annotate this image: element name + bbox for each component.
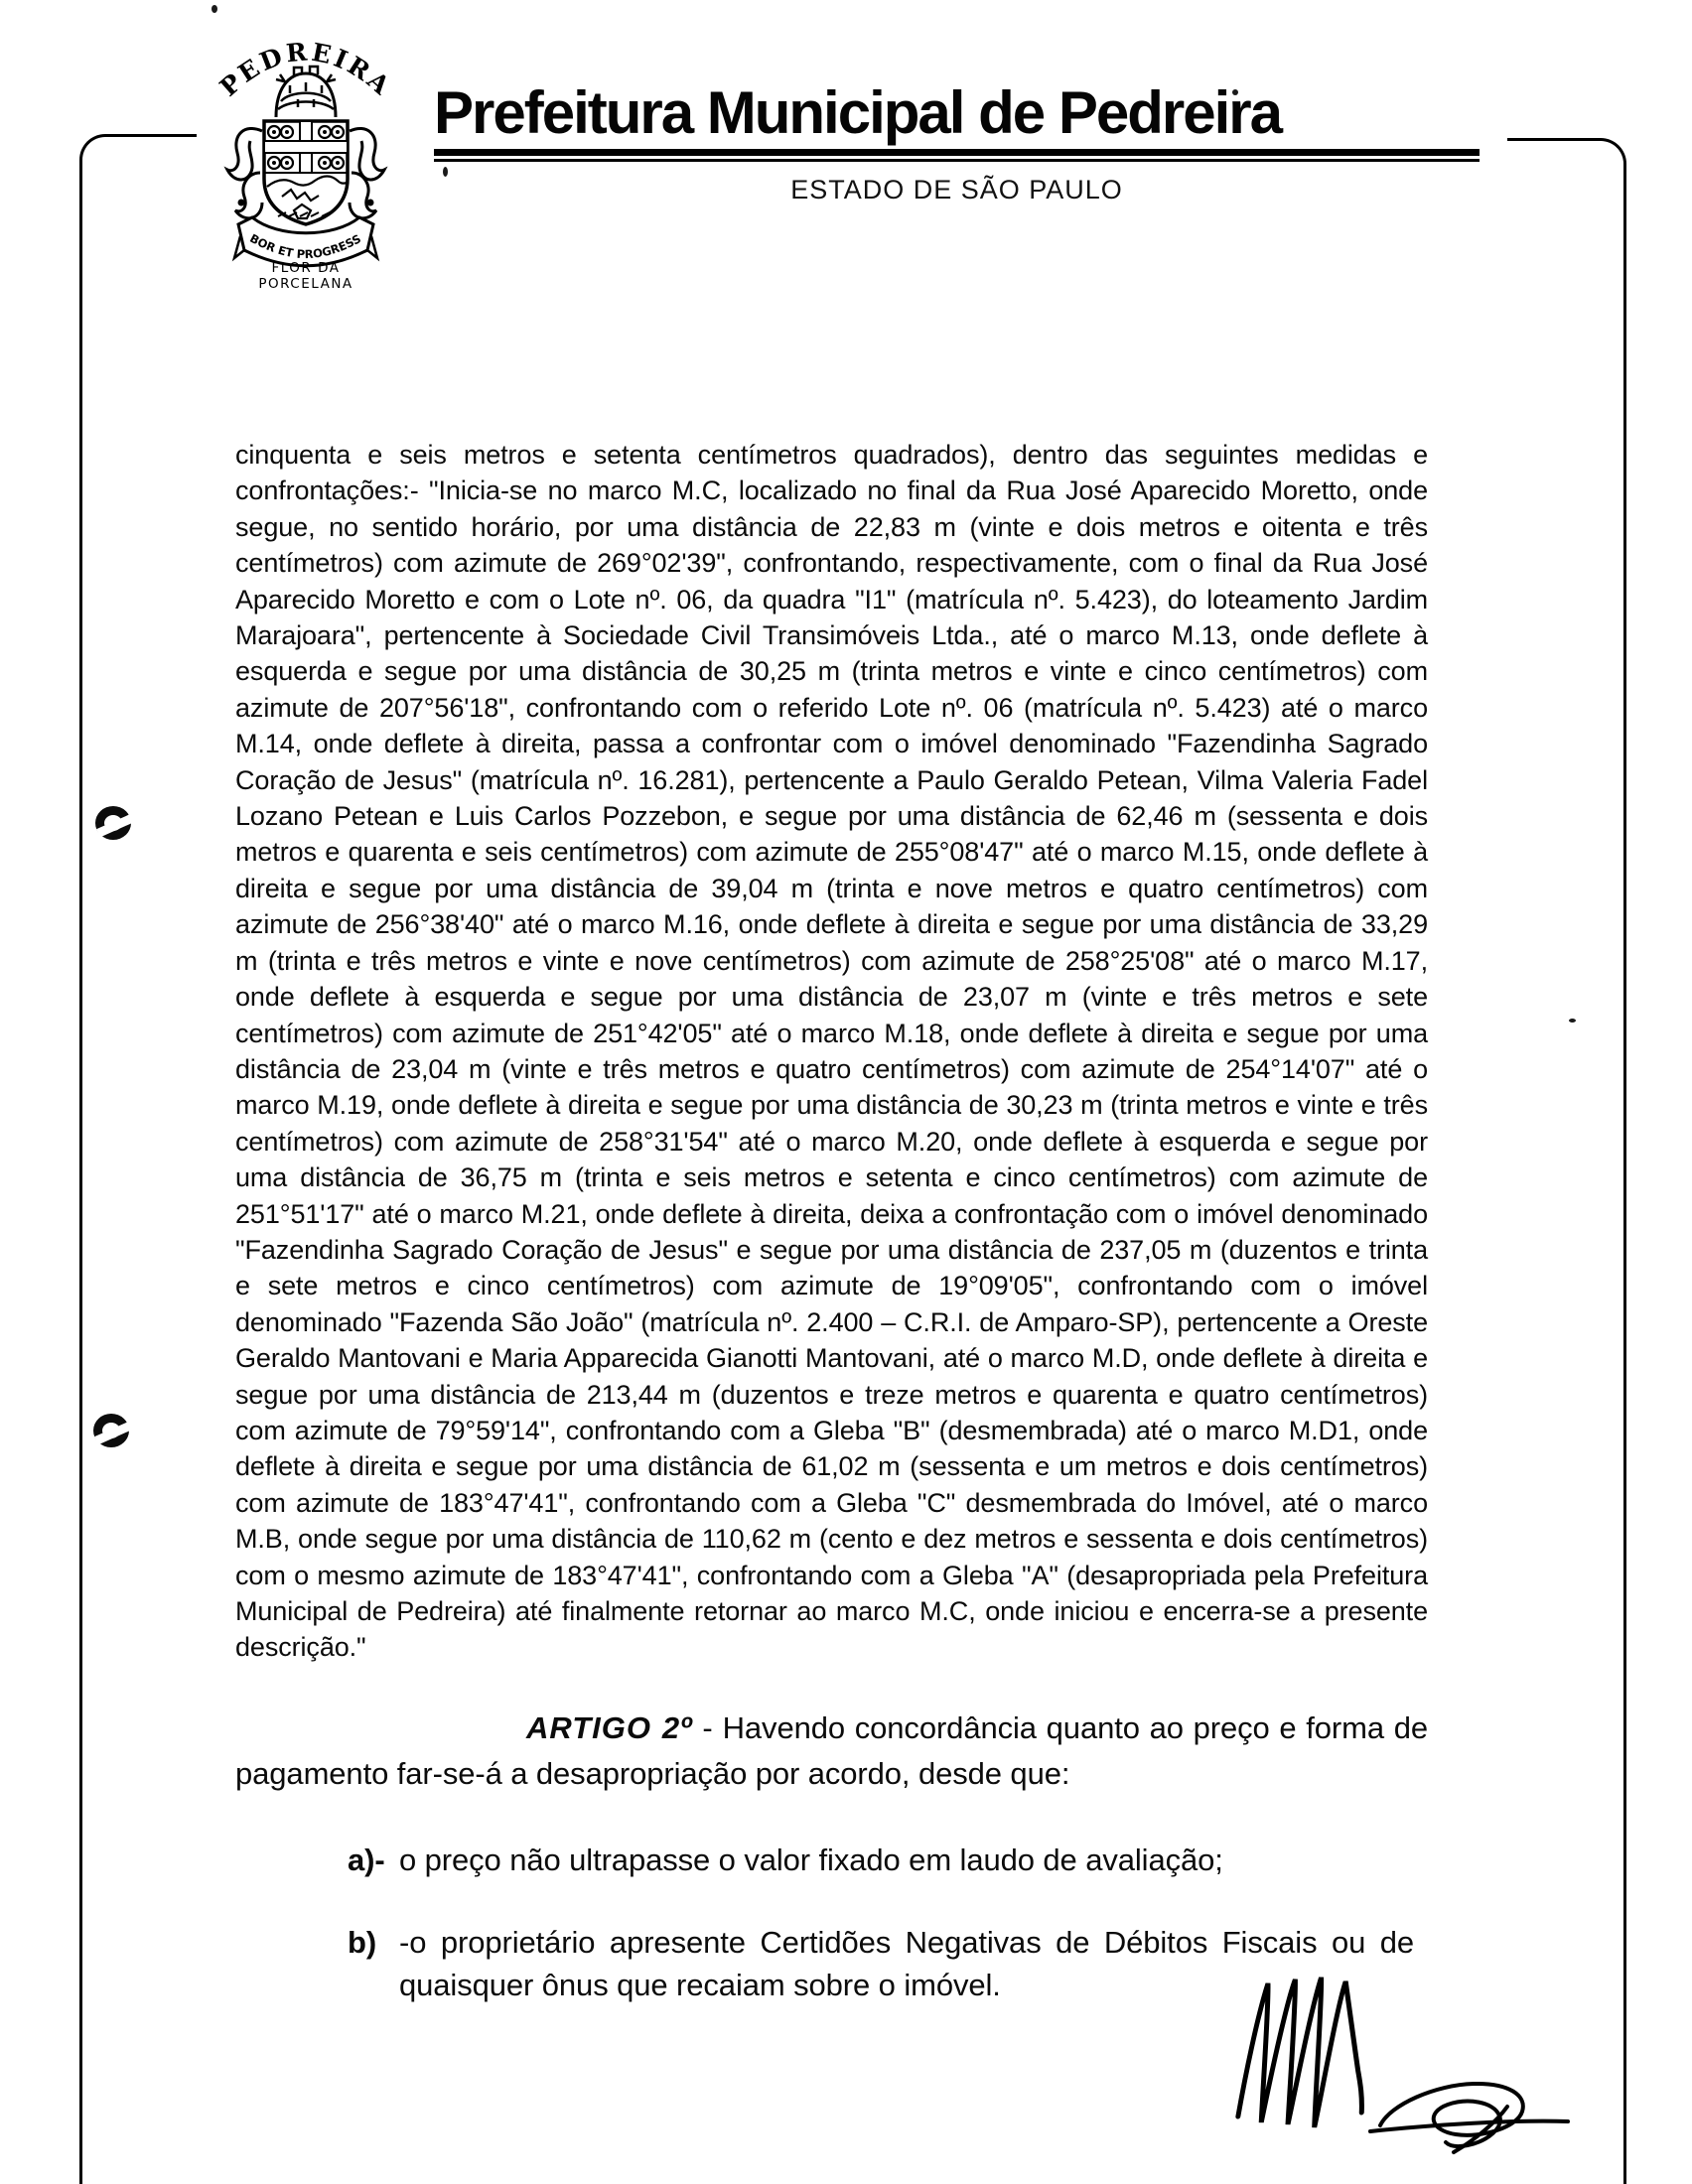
- title-rule-thin: [434, 159, 1480, 162]
- artigo-2-label: ARTIGO 2º: [526, 1710, 692, 1745]
- crest-caption-line2: PORCELANA: [258, 276, 352, 292]
- clause-a-marker: a)-: [348, 1839, 399, 1881]
- property-description-paragraph: cinquenta e seis metros e setenta centím…: [235, 437, 1428, 1666]
- page-frame-left: [79, 134, 197, 2184]
- scan-speck: [1569, 1019, 1576, 1023]
- hole-punch-bottom: [93, 1414, 129, 1447]
- scan-speck: [443, 167, 448, 177]
- artigo-2-separator: -: [692, 1710, 722, 1745]
- letterhead: Prefeitura Municipal de Pedreira ESTADO …: [434, 83, 1480, 205]
- hole-punch-top: [95, 806, 131, 840]
- signature-scribble-left: [1225, 1972, 1382, 2145]
- document-body: cinquenta e seis metros e setenta centím…: [235, 437, 1428, 2006]
- artigo-2-paragraph: ARTIGO 2º-Havendo concordância quanto ao…: [235, 1706, 1428, 1797]
- scan-speck: [211, 5, 217, 13]
- title-rule-thick: [434, 149, 1480, 156]
- page-title: Prefeitura Municipal de Pedreira: [434, 83, 1480, 143]
- clause-item-a: a)- o preço não ultrapasse o valor fixad…: [235, 1839, 1428, 1881]
- signature-scribble-right: [1362, 2069, 1576, 2168]
- crest-shield: [264, 121, 348, 224]
- coat-of-arms-drawing: PEDREIRA: [207, 14, 405, 292]
- crest-crown: [276, 67, 336, 117]
- clause-b-marker: b): [348, 1921, 399, 2006]
- artigo-2-text: Havendo concordância quanto ao preço e f…: [235, 1710, 1428, 1791]
- scan-speck: [1232, 89, 1238, 95]
- coat-of-arms: PEDREIRA: [207, 14, 405, 292]
- letterhead-subtitle: ESTADO DE SÃO PAULO: [434, 175, 1480, 205]
- page-frame-right: [1507, 138, 1626, 2184]
- clause-a-text: o preço não ultrapasse o valor fixado em…: [399, 1839, 1414, 1881]
- crest-caption-line1: FLOR DA: [272, 260, 341, 276]
